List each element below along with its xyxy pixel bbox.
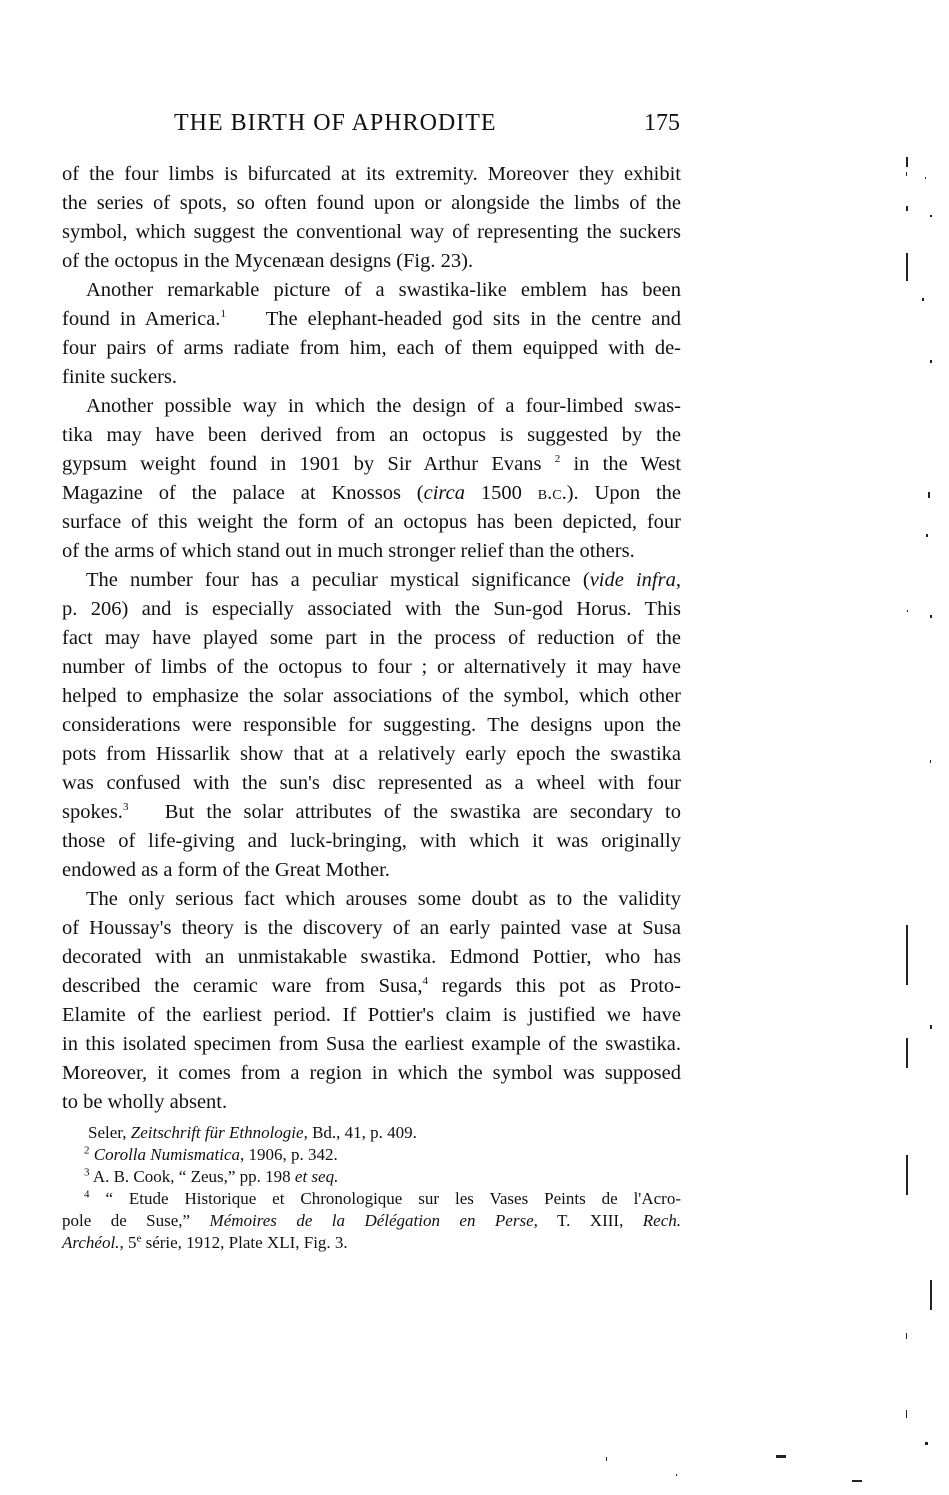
footnote-1: Seler, Zeitschrift für Ethnologie, Bd., … (62, 1122, 681, 1144)
scan-noise (906, 172, 907, 176)
footnote-text: T. XIII, (538, 1211, 643, 1230)
text-line: of the octopus in the Mycenæan designs (… (62, 247, 681, 276)
text-line: of the arms of which stand out in much s… (62, 537, 681, 566)
scan-noise (776, 1455, 786, 1458)
footnotes: Seler, Zeitschrift für Ethnologie, Bd., … (62, 1122, 681, 1254)
text-span: ). Upon the (567, 482, 681, 504)
paragraph: of the four limbs is bifurcated at its e… (62, 160, 681, 276)
italic-text: Rech. (643, 1211, 681, 1230)
footnote-marker: 2 (84, 1144, 90, 1156)
page-number: 175 (644, 110, 680, 137)
scan-noise (676, 1474, 677, 1476)
footnote-ref[interactable]: 2 (555, 453, 561, 465)
paragraph: Another remarkable picture of a swastika… (62, 276, 681, 392)
text-span: The number four has a peculiar mystical … (86, 569, 590, 591)
text-line: in this isolated specimen from Susa the … (62, 1030, 681, 1059)
text-span: spokes. (62, 801, 123, 823)
footnote-4: 4 “ Etude Historique et Chronologique su… (62, 1188, 681, 1210)
scan-noise (925, 177, 926, 179)
text-line: fact may have played some part in the pr… (62, 624, 681, 653)
footnote-marker: 4 (84, 1188, 90, 1200)
text-line: spokes.3 But the solar attributes of the… (62, 798, 681, 827)
text-span: 1500 (481, 482, 522, 504)
text-line: described the ceramic ware from Susa,4 r… (62, 972, 681, 1001)
scan-noise (906, 1038, 908, 1068)
scan-noise (906, 1333, 907, 1339)
text-line: to be wholly absent. (62, 1088, 681, 1117)
text-line: tika may have been derived from an octop… (62, 421, 681, 450)
text-span: found in America. (62, 308, 220, 330)
italic-text: Mémoires de la Délégation en Perse, (210, 1211, 538, 1230)
text-line: p. 206) and is especially associated wit… (62, 595, 681, 624)
paragraph: Another possible way in which the design… (62, 392, 681, 566)
italic-text: et seq. (295, 1167, 338, 1186)
text-line: symbol, which suggest the conventional w… (62, 218, 681, 247)
footnote-text: , Bd., 41, p. 409. (304, 1123, 417, 1142)
italic-text: circa (424, 482, 465, 504)
text-span: The elephant-headed god sits in the cent… (266, 308, 681, 330)
scan-noise (906, 206, 908, 211)
italic-text: Corolla Numismatica (94, 1145, 240, 1164)
text-line: the series of spots, so often found upon… (62, 189, 681, 218)
text-line: considerations were responsible for sugg… (62, 711, 681, 740)
text-span: But the solar attributes of the swastika… (165, 801, 681, 823)
footnote-4-cont: pole de Suse,” Mémoires de la Délégation… (62, 1210, 681, 1232)
book-page: THE BIRTH OF APHRODITE 175 of the four l… (0, 0, 949, 1495)
text-line: Another possible way in which the design… (62, 392, 681, 421)
text-line: finite suckers. (62, 363, 681, 392)
body-text: of the four limbs is bifurcated at its e… (62, 160, 681, 1117)
running-title: THE BIRTH OF APHRODITE (174, 110, 497, 137)
text-line: Elamite of the earliest period. If Potti… (62, 1001, 681, 1030)
footnote-3: 3 A. B. Cook, “ Zeus,” pp. 198 et seq. (62, 1166, 681, 1188)
text-line: of Houssay's theory is the discovery of … (62, 914, 681, 943)
text-line: Moreover, it comes from a region in whic… (62, 1059, 681, 1088)
text-line: gypsum weight found in 1901 by Sir Arthu… (62, 450, 681, 479)
footnote-ref[interactable]: 4 (423, 975, 429, 987)
text-line: Another remarkable picture of a swastika… (62, 276, 681, 305)
footnote-ref[interactable]: 3 (123, 801, 129, 813)
scan-noise (906, 925, 908, 985)
text-line: number of limbs of the octopus to four ;… (62, 653, 681, 682)
footnote-marker: 3 (84, 1166, 90, 1178)
footnote-text: , 1906, p. 342. (240, 1145, 338, 1164)
footnote-text: pole de Suse,” (62, 1211, 210, 1230)
scan-noise (930, 215, 932, 217)
scan-noise (930, 760, 931, 763)
paragraph: The number four has a peculiar mystical … (62, 566, 681, 885)
text-line: The number four has a peculiar mystical … (62, 566, 681, 595)
scan-noise (906, 1410, 907, 1418)
scan-noise (926, 534, 928, 537)
scan-noise (922, 298, 924, 301)
scan-noise (906, 1155, 908, 1195)
scan-noise (606, 1457, 607, 1461)
paragraph: The only serious fact which arouses some… (62, 885, 681, 1117)
scan-noise (928, 492, 930, 498)
italic-text: Archéol. (62, 1233, 119, 1252)
text-line: surface of this weight the form of an oc… (62, 508, 681, 537)
text-span: , (676, 569, 681, 591)
text-line: helped to emphasize the solar associatio… (62, 682, 681, 711)
scan-noise (907, 610, 908, 612)
text-span: in the West (573, 453, 681, 475)
text-line: found in America.1 The elephant-headed g… (62, 305, 681, 334)
text-line: endowed as a form of the Great Mother. (62, 856, 681, 885)
text-span: gypsum weight found in 1901 by Sir Arthu… (62, 453, 541, 475)
running-head: THE BIRTH OF APHRODITE 175 (62, 110, 680, 140)
scan-noise (930, 1280, 932, 1310)
footnote-text: “ Etude Historique et Chronologique sur … (105, 1189, 681, 1208)
text-line: The only serious fact which arouses some… (62, 885, 681, 914)
text-line: four pairs of arms radiate from him, eac… (62, 334, 681, 363)
footnote-text: Seler, (88, 1123, 131, 1142)
text-line: Magazine of the palace at Knossos (circa… (62, 479, 681, 508)
small-caps-text: b.c. (538, 482, 567, 504)
scan-noise (930, 360, 932, 363)
footnote-4-cont: Archéol., 5e série, 1912, Plate XLI, Fig… (62, 1232, 681, 1254)
footnote-ref[interactable]: 1 (220, 308, 226, 320)
italic-text: vide infra (590, 569, 676, 591)
text-line: those of life-giving and luck-bringing, … (62, 827, 681, 856)
footnote-text: série, 1912, Plate XLI, Fig. 3. (141, 1233, 347, 1252)
text-line: of the four limbs is bifurcated at its e… (62, 160, 681, 189)
footnote-2: 2 Corolla Numismatica, 1906, p. 342. (62, 1144, 681, 1166)
scan-noise (906, 253, 908, 281)
text-span: Magazine of the palace at Knossos ( (62, 482, 424, 504)
footnote-text: , 5 (119, 1233, 136, 1252)
text-line: pots from Hissarlik show that at a relat… (62, 740, 681, 769)
text-line: decorated with an unmistakable swastika.… (62, 943, 681, 972)
text-span: regards this pot as Proto- (442, 975, 681, 997)
footnote-text: A. B. Cook, “ Zeus,” pp. 198 (93, 1167, 295, 1186)
scan-noise (930, 615, 932, 618)
scan-noise (852, 1480, 862, 1482)
text-span: described the ceramic ware from Susa, (62, 975, 423, 997)
scan-noise (906, 157, 908, 167)
italic-text: Zeitschrift für Ethnologie (131, 1123, 304, 1142)
scan-noise (930, 1025, 932, 1029)
text-line: was confused with the sun's disc represe… (62, 769, 681, 798)
scan-noise (925, 1442, 928, 1445)
